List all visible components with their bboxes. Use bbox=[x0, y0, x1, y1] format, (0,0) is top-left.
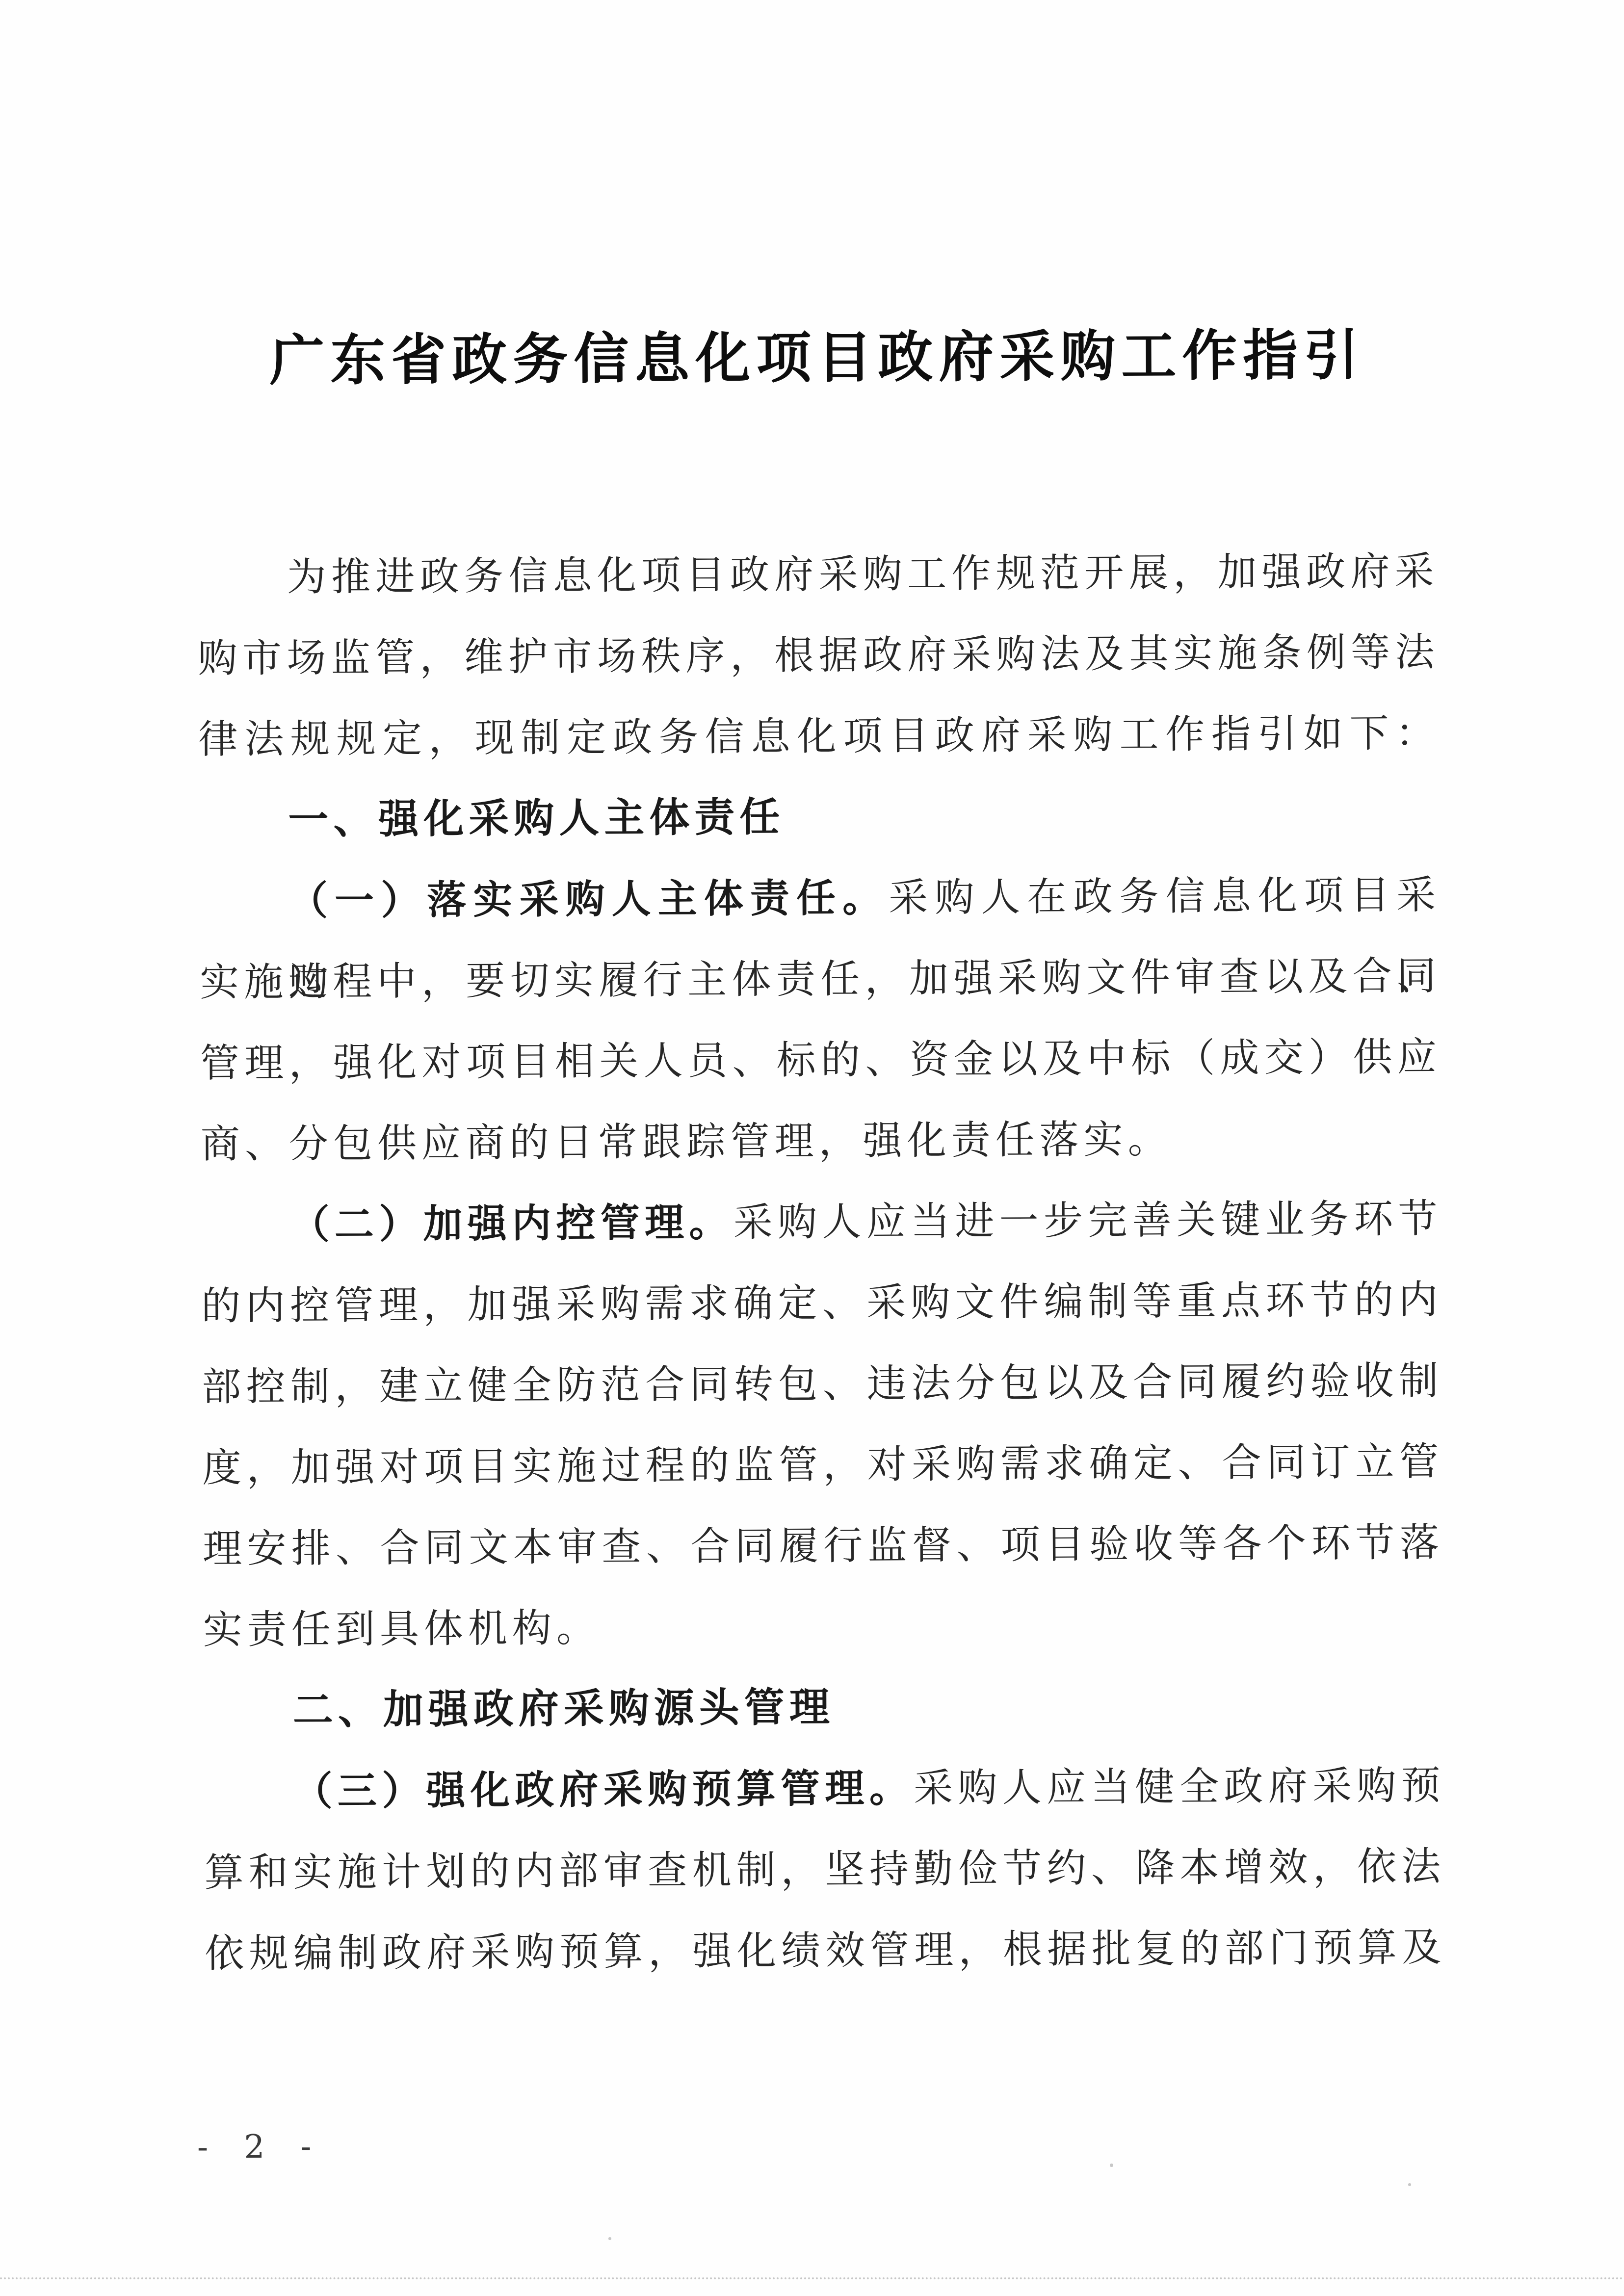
text-run: 采购人应当进一步完善关键业务环节 bbox=[733, 1196, 1442, 1245]
section-heading: 一、强化采购人主体责任 bbox=[199, 773, 1441, 861]
text-line: 部控制，建立健全防范合同转包、违法分包以及合同履约验收制 bbox=[202, 1340, 1443, 1427]
text-run: 的内控管理，加强采购需求确定、采购文件编制等重点环节的内 bbox=[201, 1277, 1442, 1329]
scan-speck bbox=[608, 2237, 611, 2240]
text-run: 购市场监管，维护市场秩序，根据政府采购法及其实施条例等法 bbox=[198, 629, 1439, 681]
text-line: 算和实施计划的内部审查机制，坚持勤俭节约、降本增效，依法 bbox=[204, 1826, 1446, 1913]
document-content: 广东省政务信息化项目政府采购工作指引 为推进政务信息化项目政府采购工作规范开展，… bbox=[196, 320, 1446, 1994]
text-line: 律法规规定，现制定政务信息化项目政府采购工作指引如下： bbox=[198, 692, 1440, 780]
bold-text-run: 二、加强政府采购源头管理 bbox=[293, 1684, 835, 1734]
text-run: 部控制，建立健全防范合同转包、违法分包以及合同履约验收制 bbox=[202, 1357, 1443, 1409]
scan-speck bbox=[1408, 2183, 1411, 2186]
scan-speck bbox=[1110, 2164, 1113, 2167]
text-line: （一）落实采购人主体责任。采购人在政务信息化项目采购、 bbox=[199, 854, 1441, 941]
text-run: 依规编制政府采购预算，强化绩效管理，根据批复的部门预算及 bbox=[205, 1924, 1446, 1976]
text-line: 为推进政务信息化项目政府采购工作规范开展，加强政府采 bbox=[197, 530, 1439, 618]
document-title: 广东省政务信息化项目政府采购工作指引 bbox=[196, 320, 1438, 395]
text-run: 算和实施计划的内部审查机制，坚持勤俭节约、降本增效，依法 bbox=[204, 1843, 1445, 1895]
text-run: 实责任到具体机构。 bbox=[203, 1605, 601, 1652]
text-run: 管理，强化对项目相关人员、标的、资金以及中标（成交）供应 bbox=[200, 1034, 1441, 1086]
bold-text-run: （二）加强内控管理。 bbox=[290, 1199, 733, 1248]
page-number: - 2 - bbox=[197, 2112, 324, 2181]
scanned-document-page: 广东省政务信息化项目政府采购工作指引 为推进政务信息化项目政府采购工作规范开展，… bbox=[0, 0, 1624, 2296]
text-run: 商、分包供应商的日常跟踪管理，强化责任落实。 bbox=[200, 1116, 1172, 1167]
bold-text-run: （一）落实采购人主体责任。 bbox=[288, 874, 889, 923]
text-run: 采购人应当健全政府采购预 bbox=[914, 1762, 1445, 1811]
text-run: 实施过程中，要切实履行主体责任，加强采购文件审查以及合同 bbox=[200, 953, 1441, 1005]
text-line: 管理，强化对项目相关人员、标的、资金以及中标（成交）供应 bbox=[200, 1016, 1441, 1103]
text-run: 度，加强对项目实施过程的监管，对采购需求确定、合同订立管 bbox=[202, 1438, 1443, 1490]
text-run: 理安排、合同文本审查、合同履行监督、项目验收等各个环节落 bbox=[203, 1519, 1444, 1571]
text-line: 的内控管理，加强采购需求确定、采购文件编制等重点环节的内 bbox=[201, 1259, 1443, 1346]
document-body: 为推进政务信息化项目政府采购工作规范开展，加强政府采购市场监管，维护市场秩序，根… bbox=[197, 530, 1446, 1994]
text-line: 实施过程中，要切实履行主体责任，加强采购文件审查以及合同 bbox=[200, 935, 1441, 1022]
text-line: （二）加强内控管理。采购人应当进一步完善关键业务环节 bbox=[201, 1178, 1442, 1265]
bold-text-run: 一、强化采购人主体责任 bbox=[288, 794, 785, 843]
text-line: 实责任到具体机构。 bbox=[203, 1583, 1444, 1670]
text-run: 律法规规定，现制定政务信息化项目政府采购工作指引如下： bbox=[198, 710, 1440, 762]
text-line: （三）强化政府采购预算管理。采购人应当健全政府采购预 bbox=[204, 1745, 1445, 1832]
text-line: 度，加强对项目实施过程的监管，对采购需求确定、合同订立管 bbox=[202, 1421, 1444, 1508]
text-line: 商、分包供应商的日常跟踪管理，强化责任落实。 bbox=[200, 1097, 1442, 1184]
scan-artifact-line bbox=[0, 2277, 1624, 2279]
text-line: 依规编制政府采购预算，强化绩效管理，根据批复的部门预算及 bbox=[205, 1906, 1446, 1994]
text-run: 为推进政务信息化项目政府采购工作规范开展，加强政府采 bbox=[287, 548, 1439, 600]
bold-text-run: （三）强化政府采购预算管理。 bbox=[293, 1765, 914, 1814]
text-line: 购市场监管，维护市场秩序，根据政府采购法及其实施条例等法 bbox=[198, 611, 1440, 699]
section-heading: 二、加强政府采购源头管理 bbox=[203, 1664, 1445, 1751]
text-line: 理安排、合同文本审查、合同履行监督、项目验收等各个环节落 bbox=[203, 1502, 1444, 1589]
